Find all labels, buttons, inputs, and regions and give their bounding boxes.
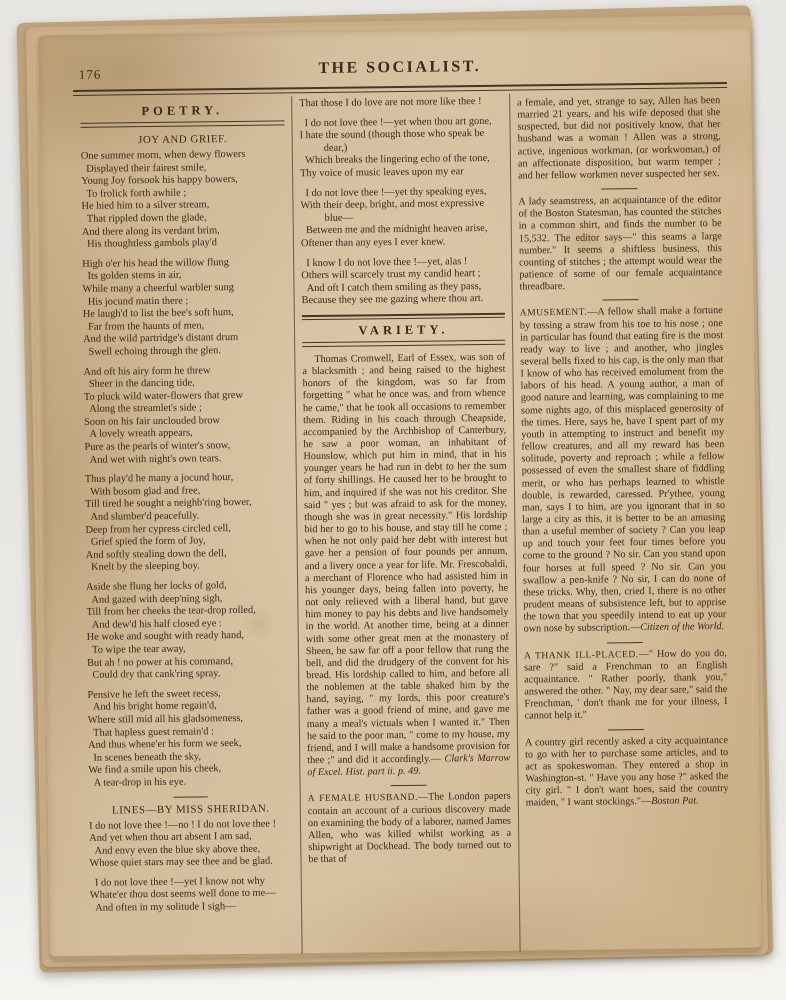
article-paragraph: AMUSEMENT.—A fellow shall make a fortune… — [520, 298, 727, 636]
column-left: POETRY. JOY AND GRIEF. One summer morn, … — [73, 96, 301, 957]
poem-line: His thoughtless gambols play'd — [82, 237, 286, 252]
stanza: And oft his airy form he threw Sheer in … — [83, 364, 288, 467]
article-paragraph: A country girl recently asked a city acq… — [525, 728, 729, 810]
article-lead: A FEMALE HUSBAND. — [308, 792, 418, 804]
article-lead: AMUSEMENT. — [520, 307, 588, 319]
page-content: 176 THE SOCIALIST. POETRY. JOY AND GRIEF… — [38, 27, 761, 958]
poem-line: I do not love thee !—no ! I do not love … — [89, 818, 293, 833]
article-text: —A fellow shall make a fortune by tossin… — [520, 305, 727, 635]
poem-line: Knelt by the sleeping boy. — [86, 560, 290, 575]
poem-title-lines-by-miss-sheridan: LINES—BY MISS SHERIDAN. — [89, 802, 293, 816]
poem-line: Swell echoing through the glen. — [83, 344, 287, 359]
poem-line: Could dry that cank'ring spray. — [87, 667, 291, 682]
newspaper-page: 176 THE SOCIALIST. POETRY. JOY AND GRIEF… — [38, 27, 761, 960]
column-right: a female, and yet, strange to say, Allen… — [509, 91, 737, 952]
poem-line: Between me and the midnight heaven arise… — [301, 223, 504, 238]
masthead-title: THE SOCIALIST. — [73, 55, 727, 81]
section-rule — [302, 340, 505, 347]
poem-line: A tear-drop in his eye. — [88, 775, 292, 790]
poem-line: And wet with night's own tears. — [85, 452, 289, 467]
poem-line: That those I do love are not more like t… — [299, 96, 502, 111]
stanza: That those I do love are not more like t… — [299, 96, 502, 111]
stanza: I do not love thee !—yet when thou art g… — [299, 115, 503, 180]
poem-line: And often in my solitude I sigh— — [90, 900, 294, 915]
article-text: A lady seamstress, an acquaintance of th… — [518, 194, 722, 293]
stanza: Thus play'd he many a jocund hour, With … — [85, 472, 290, 575]
stanza: Aside she flung her locks of gold, And g… — [86, 579, 291, 682]
stanza: Pensive he left the sweet recess, And hi… — [87, 687, 292, 790]
poem-line: Thy voice of music leaves upon my ear — [300, 166, 503, 181]
right-column-articles: a female, and yet, strange to say, Allen… — [517, 95, 729, 810]
column-middle: That those I do love are not more like t… — [291, 94, 519, 955]
poem-line: Oftener than any eyes I ever knew. — [301, 236, 504, 251]
article-text: Thomas Cromwell, Earl of Essex, was son … — [302, 352, 510, 767]
stanza: I know I do not love thee !—yet, alas !O… — [301, 255, 505, 308]
page-number: 176 — [79, 67, 102, 83]
article-paragraph: A lady seamstress, an acquaintance of th… — [518, 187, 722, 294]
article-paragraph: A FEMALE HUSBAND.—The London papers cont… — [308, 784, 512, 866]
poem-line: With their deep, bright, and most expres… — [300, 198, 503, 226]
poem-lines-continuation: That those I do love are not more like t… — [299, 96, 505, 308]
stanza: High o'er his head the willow flung Its … — [82, 256, 287, 359]
columns-container: POETRY. JOY AND GRIEF. One summer morn, … — [73, 91, 737, 957]
article-attribution: Citizen of the World. — [640, 621, 724, 633]
poem-line: I hate the sound (though those who speak… — [300, 128, 503, 156]
article-paragraph: A THANK ILL-PLACED.—" How do you do, sar… — [524, 641, 728, 723]
article-text: a female, and yet, strange to say, Allen… — [517, 95, 721, 181]
stanza: I do not love thee !—yet I know not whyW… — [90, 875, 294, 915]
section-title-variety: VARIETY. — [302, 318, 505, 342]
stanza: One summer morn, when dewy flowers Displ… — [81, 148, 286, 251]
section-title-poetry: POETRY. — [80, 98, 284, 122]
poem-joy-and-grief: One summer morn, when dewy flowers Displ… — [81, 148, 293, 790]
photo-background: 176 THE SOCIALIST. POETRY. JOY AND GRIEF… — [0, 0, 786, 1000]
poem-line: Whate'er thou dost seems well done to me… — [90, 888, 294, 903]
stanza: I do not love thee !—yet thy speaking ey… — [300, 185, 504, 250]
article-paragraph: Thomas Cromwell, Earl of Essex, was son … — [302, 352, 510, 780]
poem-line: Because they see me gazing where thou ar… — [302, 293, 505, 308]
article-lead: A THANK ILL-PLACED. — [524, 649, 639, 661]
poem-lines-by-miss-sheridan: I do not love thee !—no ! I do not love … — [89, 818, 294, 916]
article-paragraph: a female, and yet, strange to say, Allen… — [517, 95, 721, 183]
section-rule — [80, 120, 284, 127]
poem-title-joy-and-grief: JOY AND GRIEF. — [81, 132, 285, 146]
variety-articles: Thomas Cromwell, Earl of Essex, was son … — [302, 352, 511, 867]
stanza: I do not love thee !—no ! I do not love … — [89, 818, 294, 871]
poem-line: Which breaks the lingering echo of the t… — [300, 153, 503, 168]
poem-line: Whose quiet stars may see thee and be gl… — [89, 856, 293, 871]
page-header: 176 THE SOCIALIST. — [73, 55, 727, 87]
poem-divider — [174, 796, 208, 797]
article-attribution: Boston Pat. — [651, 796, 699, 808]
